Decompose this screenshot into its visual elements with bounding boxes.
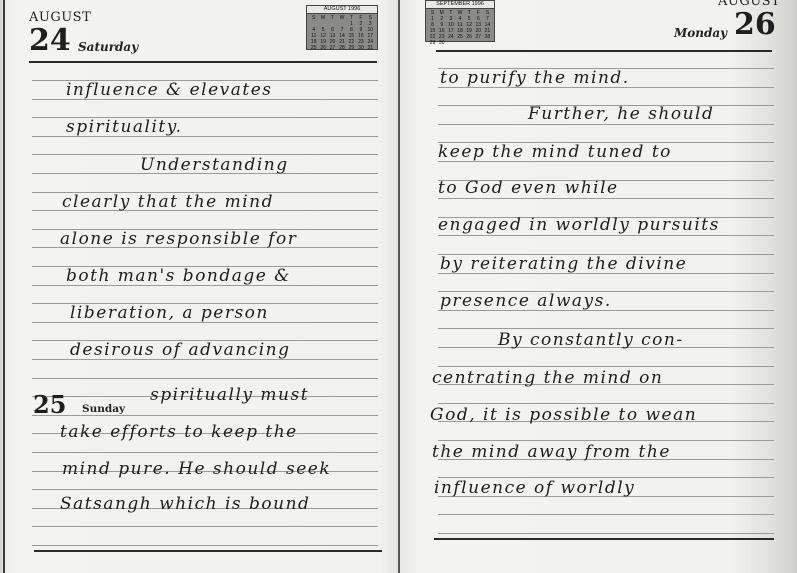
handwritten-line: engaged in worldly pursuits <box>438 215 720 235</box>
day-number-25: 25 <box>33 393 66 417</box>
ruled-line <box>32 545 378 546</box>
handwritten-line: influence of worldly <box>434 478 635 498</box>
handwritten-line: by reiterating the divine <box>440 254 687 274</box>
handwritten-line: alone is responsible for <box>60 229 297 249</box>
handwritten-line: keep the mind tuned to <box>438 142 672 162</box>
day-name: Monday <box>674 26 727 40</box>
ruled-line <box>438 235 774 236</box>
diary-page-right: SEPTEMBER 1996 SMTWTFS123456789101112131… <box>398 0 797 573</box>
ruled-line <box>438 514 774 515</box>
ruled-line <box>32 378 378 379</box>
ruled-line <box>438 366 774 367</box>
handwritten-line: the mind away from the <box>432 442 671 462</box>
handwritten-line: take efforts to keep the <box>60 422 298 442</box>
handwritten-line: Satsangh which is bound <box>60 494 310 514</box>
handwritten-line: liberation, a person <box>70 303 269 323</box>
calendar-title: AUGUST 1996 <box>307 6 377 14</box>
ruled-line <box>32 489 378 490</box>
handwritten-line: Further, he should <box>528 104 714 124</box>
day-name-25: Sunday <box>82 403 125 415</box>
handwritten-line: God, it is possible to wean <box>430 405 697 425</box>
handwritten-line: By constantly con- <box>498 330 684 350</box>
day-number: 26 <box>734 10 776 40</box>
ruled-line <box>438 533 774 534</box>
gutter-line <box>398 0 400 573</box>
header-rule <box>29 61 377 63</box>
footer-rule <box>34 550 382 552</box>
calendar-day: 27 <box>328 45 337 51</box>
calendar-day: 25 <box>455 34 464 40</box>
calendar-day: 30 <box>437 40 446 46</box>
handwritten-line: to purify the mind. <box>440 68 630 88</box>
calendar-grid: SMTWTFS123456789101112131415161718192021… <box>307 14 377 52</box>
handwritten-line: centrating the mind on <box>432 368 663 388</box>
ruled-line <box>438 198 774 199</box>
calendar-day: 26 <box>318 45 327 51</box>
calendar-day: 29 <box>347 45 356 51</box>
calendar-day: 31 <box>366 45 375 51</box>
footer-rule <box>434 538 774 540</box>
diary-page-left: AUGUST 24 Saturday AUGUST 1996 SMTWTFS12… <box>0 0 398 573</box>
ruled-line <box>32 452 378 453</box>
calendar-grid: SMTWTFS123456789101112131415161718192021… <box>426 9 494 47</box>
day-number: 24 <box>29 26 71 56</box>
mini-calendar: AUGUST 1996 SMTWTFS123456789101112131415… <box>306 5 378 50</box>
calendar-day: 27 <box>474 34 483 40</box>
handwritten-line: to God even while <box>438 178 619 198</box>
handwritten-line: mind pure. He should seek <box>62 459 331 479</box>
ruled-line <box>32 526 378 527</box>
handwritten-line: spirituality. <box>66 117 182 137</box>
header-rule <box>436 50 772 52</box>
calendar-day: 29 <box>428 40 437 46</box>
mini-calendar: SEPTEMBER 1996 SMTWTFS123456789101112131… <box>425 0 495 42</box>
calendar-day: 25 <box>309 45 318 51</box>
calendar-day: 24 <box>446 34 455 40</box>
handwritten-line: Understanding <box>140 155 289 175</box>
day-name: Saturday <box>78 40 138 54</box>
handwritten-line: spiritually must <box>150 385 309 405</box>
calendar-title: SEPTEMBER 1996 <box>426 1 494 9</box>
calendar-day: 28 <box>483 34 492 40</box>
calendar-day: 26 <box>465 34 474 40</box>
ruled-line <box>438 440 774 441</box>
handwritten-line: desirous of advancing <box>70 340 290 360</box>
handwritten-line: influence & elevates <box>66 80 273 100</box>
handwritten-line: presence always. <box>440 291 612 311</box>
ruled-line <box>438 403 774 404</box>
page-edge <box>3 0 5 573</box>
handwritten-line: clearly that the mind <box>62 192 274 212</box>
calendar-day: 30 <box>356 45 365 51</box>
calendar-day: 28 <box>337 45 346 51</box>
handwritten-line: both man's bondage & <box>66 266 291 286</box>
